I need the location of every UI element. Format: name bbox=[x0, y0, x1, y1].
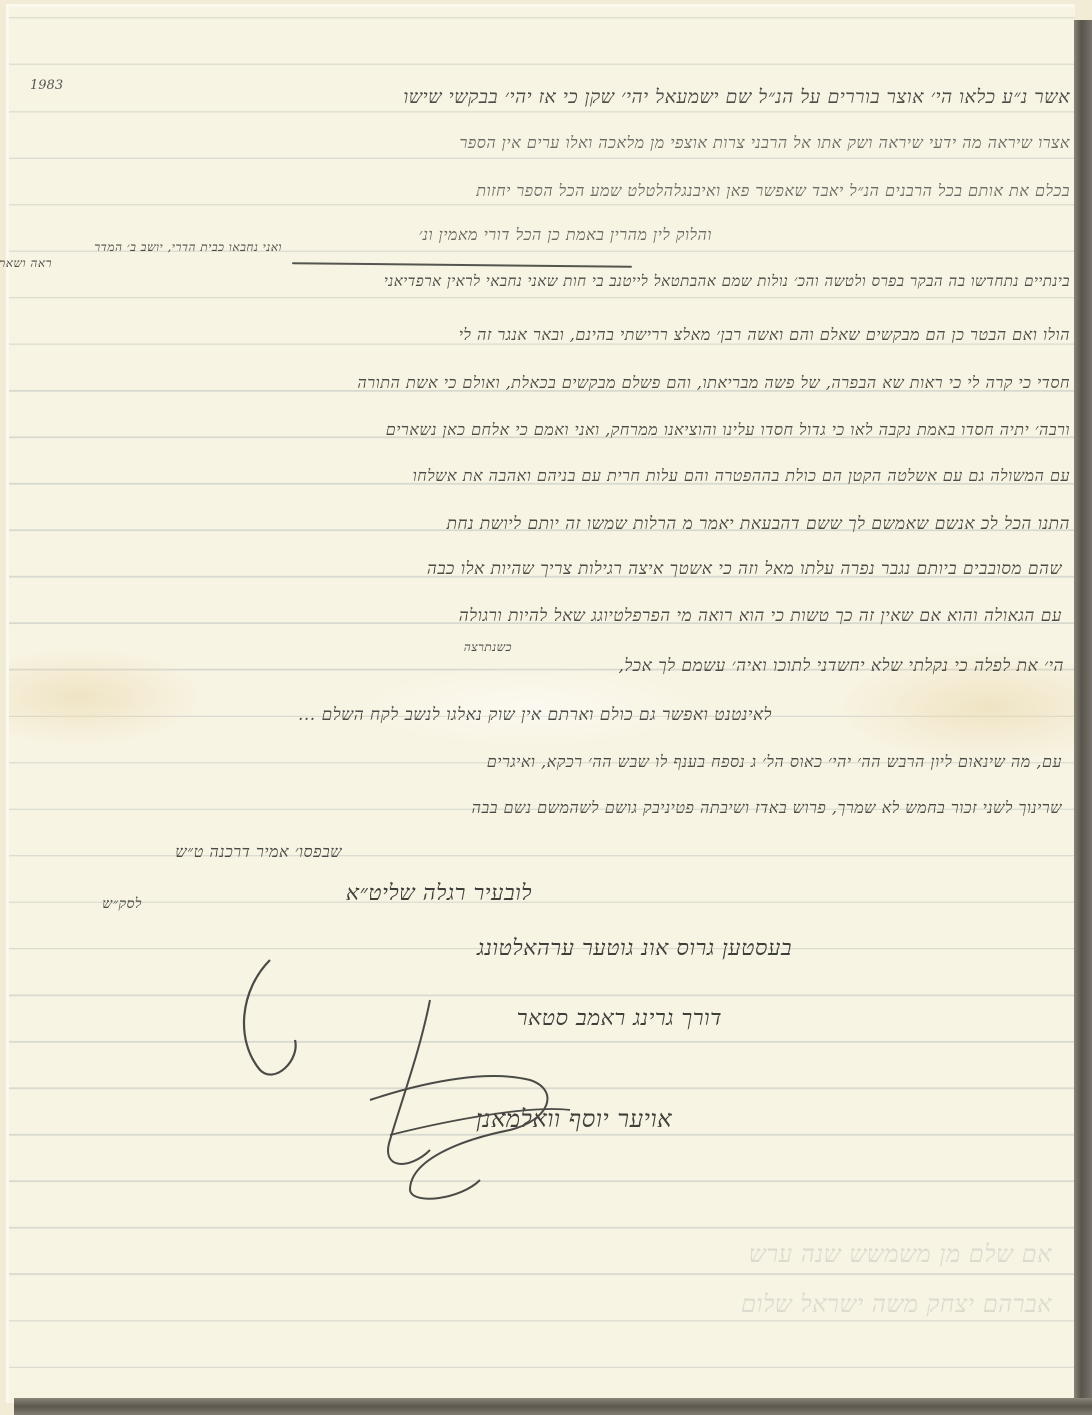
page-number: 1983 bbox=[30, 78, 63, 93]
supralinear-correction: כשנתרצה bbox=[464, 640, 512, 655]
frame-shadow-bottom bbox=[14, 1398, 1092, 1415]
letter-line-2: אצרו שיראה מה ידעי שיראה ושק אתו אל הרבנ… bbox=[460, 133, 1071, 153]
margin-note-2: ראה ושאת bbox=[0, 256, 52, 271]
letter-line-11: שהם מסובבים ביותם נגבר נפרה עלתו מאל וזה… bbox=[427, 559, 1062, 579]
frame-shadow-right bbox=[1074, 20, 1092, 1415]
letter-line-4: והלוק לין מהרין באמת כן הכל דורי מאמין ו… bbox=[419, 225, 712, 245]
bleed-through-line-1: אם שלם מן משמשש שנה ערש bbox=[749, 1240, 1052, 1269]
letter-line-3: בכלם את אותם בכל הרבנים הנ״ל יאבד שאפשר … bbox=[476, 181, 1070, 201]
letter-line-17-date: שבפסו׳ אמיר דרכנה ט״ש bbox=[175, 842, 342, 862]
signature-flourish-icon bbox=[230, 930, 670, 1210]
letter-line-7: חסדי כי קרה לי כי ראות שא הבפרה, של פשה … bbox=[357, 373, 1070, 393]
letter-line-1: אשר נ״ע כלאו הי׳ אוצר בוררים על הנ״ל שם … bbox=[403, 86, 1070, 109]
margin-note-1: ואני נחבאו כבית הדרי, יושב ב׳ המדר bbox=[94, 240, 282, 255]
letter-line-6: הולו ואם הבטר כן הם מבקשים שאלם והם ואשה… bbox=[459, 325, 1070, 345]
letter-line-14: לאינטנט ואפשר גם כולם וארתם אין שוק נאלג… bbox=[298, 705, 772, 725]
letter-line-5: בינתיים נתחדשו בה הבקר בפרס ולטשה והכ׳ נ… bbox=[384, 272, 1070, 291]
letter-line-9: עם המשולה גם עם אשלטה הקטן הם כולת בההפט… bbox=[413, 466, 1070, 486]
letter-line-8: ורבה׳ יתיה חסדו באמת נקבה לאו כי גדול חס… bbox=[386, 420, 1070, 440]
closing-line-1: לובעיר רגלה שליט״א bbox=[346, 880, 532, 906]
margin-note-3: לסק״ש bbox=[102, 896, 142, 913]
letter-line-13: הי׳ את לפלה כי נקלתי שלא יחשדני לתוכו וא… bbox=[618, 656, 1064, 676]
letter-line-12: עם הגאולה והוא אם שאין זה כך טשות כי הוא… bbox=[459, 606, 1062, 626]
bleed-through-line-2: אברהם יצחק משה ישראל שלום bbox=[741, 1290, 1052, 1319]
scan-frame: 1983 אשר נ״ע כלאו הי׳ אוצר בוררים על הנ״… bbox=[0, 0, 1092, 1415]
letter-line-10: התנו הכל לכ אנשם שאמשם לך ששם דהבעאת יאמ… bbox=[447, 514, 1070, 534]
letter-line-16: שרינוך לשני זכור בחמש לא שמרך, פרוש באדז… bbox=[472, 798, 1062, 818]
letter-line-15: עם, מה שינאום ליון הרבש הה׳ יהי׳ כאוס הל… bbox=[487, 752, 1062, 772]
